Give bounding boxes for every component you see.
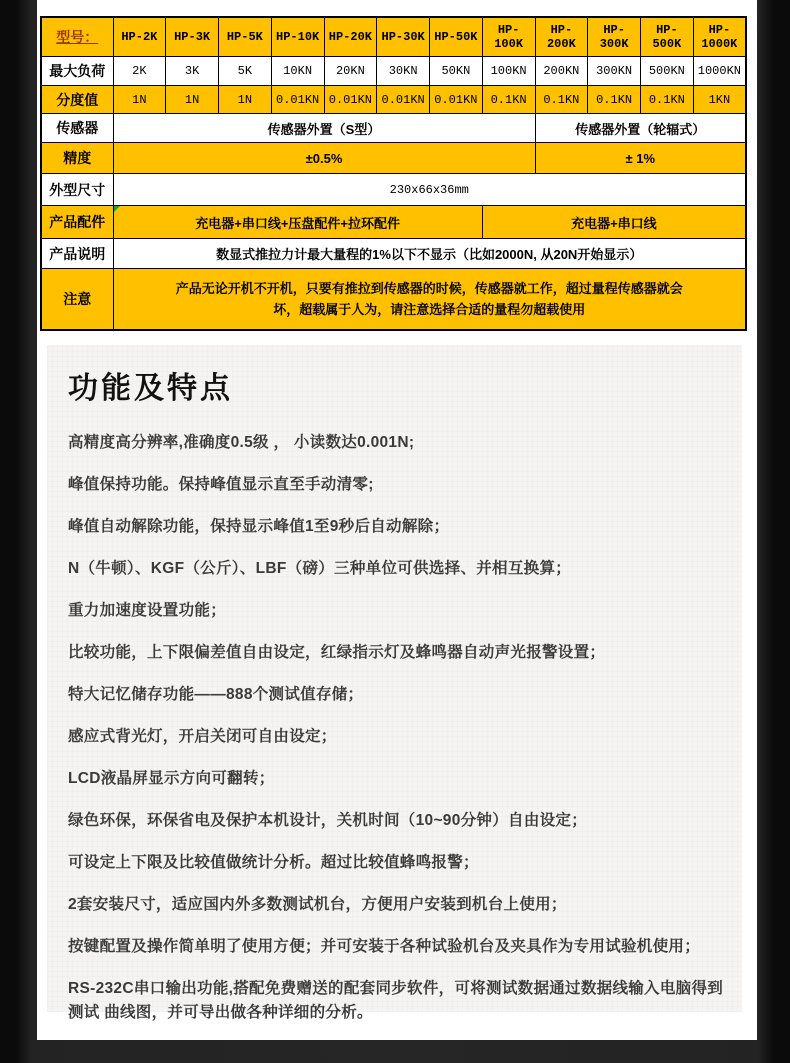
features-panel: 功能及特点 高精度高分辨率,准确度0.5级 ， 小读数达0.001N;峰值保持功… bbox=[47, 345, 742, 1012]
spec-row-accessories: 产品配件充电器+串口线+压盘配件+拉环配件充电器+串口线 bbox=[41, 206, 746, 239]
feature-item: 峰值自动解除功能，保持显示峰值1至9秒后自动解除； bbox=[68, 515, 728, 539]
feature-item: 按键配置及操作简单明了使用方便；并可安装于各种试验机台及夹具作为专用试验机使用； bbox=[68, 935, 728, 959]
cell-dimensions: 230x66x36mm bbox=[113, 174, 746, 206]
row-label-model: 型号： bbox=[41, 17, 113, 57]
feature-item: 可设定上下限及比较值做统计分析。超过比较值蜂鸣报警； bbox=[68, 851, 728, 875]
cell-accessories: 充电器+串口线+压盘配件+拉环配件 bbox=[113, 206, 482, 239]
cell-max-load: 500KN bbox=[641, 57, 694, 86]
feature-item: 高精度高分辨率,准确度0.5级 ， 小读数达0.001N; bbox=[68, 431, 728, 455]
cell-accuracy: ±0.5% bbox=[113, 143, 535, 174]
row-label-division: 分度值 bbox=[41, 86, 113, 114]
feature-item: LCD液晶屏显示方向可翻转； bbox=[68, 767, 728, 791]
product-detail-card: 型号：HP-2KHP-3KHP-5KHP-10KHP-20KHP-30KHP-5… bbox=[37, 0, 757, 1040]
spec-row-sensor: 传感器传感器外置（S型）传感器外置（轮辐式） bbox=[41, 114, 746, 143]
cell-max-load: 2K bbox=[113, 57, 166, 86]
cell-model: HP-30K bbox=[377, 17, 430, 57]
cell-max-load: 1000KN bbox=[693, 57, 746, 86]
cell-max-load: 20KN bbox=[324, 57, 377, 86]
cell-accessories: 充电器+串口线 bbox=[482, 206, 746, 239]
spec-row-max-load: 最大负荷2K3K5K10KN20KN30KN50KN100KN200KN300K… bbox=[41, 57, 746, 86]
cell-max-load: 50KN bbox=[430, 57, 483, 86]
cell-max-load: 200KN bbox=[535, 57, 588, 86]
cell-sensor: 传感器外置（S型） bbox=[113, 114, 535, 143]
feature-item: 感应式背光灯，开启关闭可自由设定； bbox=[68, 725, 728, 749]
cell-model: HP-200K bbox=[535, 17, 588, 57]
cell-division: 0.01KN bbox=[324, 86, 377, 114]
spec-row-dimensions: 外型尺寸230x66x36mm bbox=[41, 174, 746, 206]
cell-max-load: 3K bbox=[166, 57, 219, 86]
row-label-accuracy: 精度 bbox=[41, 143, 113, 174]
row-label-dimensions: 外型尺寸 bbox=[41, 174, 113, 206]
cell-model: HP-5K bbox=[219, 17, 272, 57]
cell-corner-marker bbox=[114, 206, 120, 212]
features-title: 功能及特点 bbox=[68, 363, 728, 407]
feature-item: 绿色环保，环保省电及保护本机设计，关机时间（10~90分钟）自由设定； bbox=[68, 809, 728, 833]
row-label-description: 产品说明 bbox=[41, 239, 113, 269]
cell-sensor: 传感器外置（轮辐式） bbox=[535, 114, 746, 143]
row-label-max-load: 最大负荷 bbox=[41, 57, 113, 86]
cell-accuracy: ± 1% bbox=[535, 143, 746, 174]
cell-model: HP-3K bbox=[166, 17, 219, 57]
row-label-sensor: 传感器 bbox=[41, 114, 113, 143]
cell-division: 0.01KN bbox=[377, 86, 430, 114]
feature-item: 重力加速度设置功能； bbox=[68, 599, 728, 623]
spec-row-accuracy: 精度±0.5%± 1% bbox=[41, 143, 746, 174]
feature-item: RS-232C串口输出功能,搭配免费赠送的配套同步软件，可将测试数据通过数据线输… bbox=[68, 977, 728, 1025]
cell-division: 0.01KN bbox=[271, 86, 324, 114]
cell-division: 0.1KN bbox=[588, 86, 641, 114]
feature-item: 比较功能，上下限偏差值自由设定，红绿指示灯及蜂鸣器自动声光报警设置； bbox=[68, 641, 728, 665]
feature-item: 峰值保持功能。保持峰值显示直至手动清零; bbox=[68, 473, 728, 497]
cell-division: 1N bbox=[113, 86, 166, 114]
cell-notice: 产品无论开机不开机，只要有推拉到传感器的时候，传感器就工作，超过量程传感器就会坏… bbox=[113, 269, 746, 331]
cell-max-load: 300KN bbox=[588, 57, 641, 86]
spec-row-division: 分度值1N1N1N0.01KN0.01KN0.01KN0.01KN0.1KN0.… bbox=[41, 86, 746, 114]
spec-table-body: 型号：HP-2KHP-3KHP-5KHP-10KHP-20KHP-30KHP-5… bbox=[41, 17, 746, 330]
cell-division: 1N bbox=[219, 86, 272, 114]
cell-model: HP-100K bbox=[482, 17, 535, 57]
spec-row-model: 型号：HP-2KHP-3KHP-5KHP-10KHP-20KHP-30KHP-5… bbox=[41, 17, 746, 57]
row-label-accessories: 产品配件 bbox=[41, 206, 113, 239]
cell-division: 1KN bbox=[693, 86, 746, 114]
spec-row-notice: 注意产品无论开机不开机，只要有推拉到传感器的时候，传感器就工作，超过量程传感器就… bbox=[41, 269, 746, 331]
cell-max-load: 5K bbox=[219, 57, 272, 86]
cell-division: 0.1KN bbox=[482, 86, 535, 114]
cell-model: HP-10K bbox=[271, 17, 324, 57]
cell-max-load: 30KN bbox=[377, 57, 430, 86]
cell-division: 0.1KN bbox=[641, 86, 694, 114]
cell-model: HP-20K bbox=[324, 17, 377, 57]
cell-max-load: 10KN bbox=[271, 57, 324, 86]
cell-division: 1N bbox=[166, 86, 219, 114]
cell-max-load: 100KN bbox=[482, 57, 535, 86]
cell-description: 数显式推拉力计最大量程的1%以下不显示（比如2000N, 从20N开始显示） bbox=[113, 239, 746, 269]
cell-model: HP-500K bbox=[641, 17, 694, 57]
feature-item: N（牛顿）、KGF（公斤）、LBF（磅）三种单位可供选择、并相互换算； bbox=[68, 557, 728, 581]
cell-division: 0.1KN bbox=[535, 86, 588, 114]
cell-model: HP-1000K bbox=[693, 17, 746, 57]
spec-row-description: 产品说明数显式推拉力计最大量程的1%以下不显示（比如2000N, 从20N开始显… bbox=[41, 239, 746, 269]
cell-division: 0.01KN bbox=[430, 86, 483, 114]
row-label-notice: 注意 bbox=[41, 269, 113, 331]
feature-item: 特大记忆储存功能——888个测试值存储； bbox=[68, 683, 728, 707]
features-list: 高精度高分辨率,准确度0.5级 ， 小读数达0.001N;峰值保持功能。保持峰值… bbox=[68, 431, 728, 1025]
cell-model: HP-50K bbox=[430, 17, 483, 57]
spec-table: 型号：HP-2KHP-3KHP-5KHP-10KHP-20KHP-30KHP-5… bbox=[40, 16, 747, 331]
cell-model: HP-300K bbox=[588, 17, 641, 57]
feature-item: 2套安装尺寸，适应国内外多数测试机台，方便用户安装到机台上使用； bbox=[68, 893, 728, 917]
cell-model: HP-2K bbox=[113, 17, 166, 57]
